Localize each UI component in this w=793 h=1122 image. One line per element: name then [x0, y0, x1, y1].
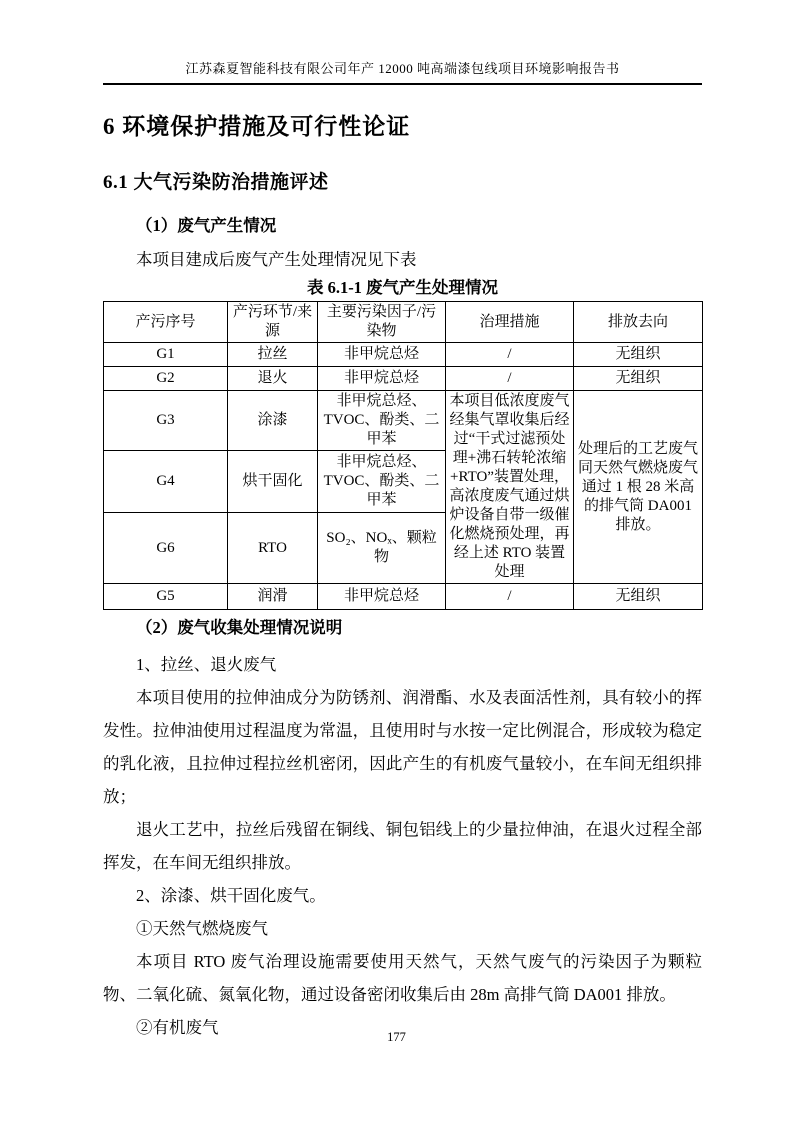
cell-id: G4 [104, 451, 228, 513]
document-page: 江苏森夏智能科技有限公司年产 12000 吨高端漆包线项目环境影响报告书 6 环… [0, 0, 793, 1122]
cell-treatment: / [446, 584, 574, 610]
cell-id: G5 [104, 584, 228, 610]
cell-pollutants: SO₂、NOₓ、颗粒物 [318, 513, 446, 584]
cell-pollutants: 非甲烷总烃 [318, 367, 446, 391]
cell-pollutants: 非甲烷总烃、TVOC、酚类、二甲苯 [318, 451, 446, 513]
section-heading: 6.1 大气污染防治措施评述 [103, 170, 702, 196]
paragraph-drawing-annealing-2: 退火工艺中，拉丝后残留在铜线、铜包铝线上的少量拉伸油，在退火过程全部挥发，在车间… [103, 813, 702, 879]
cell-source: 拉丝 [228, 343, 318, 367]
subsection-1-heading: （1）废气产生情况 [103, 214, 702, 238]
col-header-source: 产污环节/来源 [228, 302, 318, 343]
page-content: 江苏森夏智能科技有限公司年产 12000 吨高端漆包线项目环境影响报告书 6 环… [103, 0, 702, 1044]
paragraph-drawing-annealing-1: 本项目使用的拉伸油成分为防锈剂、润滑酯、水及表面活性剂，具有较小的挥发性。拉伸油… [103, 681, 702, 813]
col-header-id: 产污序号 [104, 302, 228, 343]
col-header-pollutants: 主要污染因子/污染物 [318, 302, 446, 343]
table-row-g2: G2 退火 非甲烷总烃 / 无组织 [104, 367, 703, 391]
table-caption: 表 6.1-1 废气产生处理情况 [103, 277, 702, 299]
table-row-g5: G5 润滑 非甲烷总烃 / 无组织 [104, 584, 703, 610]
waste-gas-table: 产污序号 产污环节/来源 主要污染因子/污染物 治理措施 排放去向 G1 拉丝 … [103, 301, 703, 610]
table-header-row: 产污序号 产污环节/来源 主要污染因子/污染物 治理措施 排放去向 [104, 302, 703, 343]
cell-pollutants: 非甲烷总烃 [318, 584, 446, 610]
cell-id: G3 [104, 391, 228, 451]
list-item-2: 2、涂漆、烘干固化废气。 [103, 879, 702, 912]
col-header-treatment: 治理措施 [446, 302, 574, 343]
cell-treatment-merged: 本项目低浓度废气经集气罩收集后经过“干式过滤预处理+沸石转轮浓缩+RTO”装置处… [446, 391, 574, 584]
col-header-outlet: 排放去向 [574, 302, 703, 343]
cell-source: 涂漆 [228, 391, 318, 451]
cell-pollutants: 非甲烷总烃、TVOC、酚类、二甲苯 [318, 391, 446, 451]
cell-source: RTO [228, 513, 318, 584]
cell-source: 烘干固化 [228, 451, 318, 513]
subsection-2-heading: （2）废气收集处理情况说明 [103, 615, 702, 641]
page-number: 177 [0, 1030, 793, 1045]
cell-outlet: 无组织 [574, 367, 703, 391]
paragraph-natural-gas: 本项目 RTO 废气治理设施需要使用天然气，天然气废气的污染因子为颗粒物、二氧化… [103, 945, 702, 1011]
body-text: 1、拉丝、退火废气 本项目使用的拉伸油成分为防锈剂、润滑酯、水及表面活性剂，具有… [103, 648, 702, 1044]
cell-id: G1 [104, 343, 228, 367]
intro-paragraph: 本项目建成后废气产生处理情况见下表 [103, 248, 702, 272]
table-row-g1: G1 拉丝 非甲烷总烃 / 无组织 [104, 343, 703, 367]
cell-treatment: / [446, 343, 574, 367]
cell-outlet: 无组织 [574, 584, 703, 610]
cell-outlet: 无组织 [574, 343, 703, 367]
cell-treatment: / [446, 367, 574, 391]
list-item-1: 1、拉丝、退火废气 [103, 648, 702, 681]
table-row-g3: G3 涂漆 非甲烷总烃、TVOC、酚类、二甲苯 本项目低浓度废气经集气罩收集后经… [104, 391, 703, 451]
chapter-heading: 6 环境保护措施及可行性论证 [103, 112, 702, 142]
cell-id: G2 [104, 367, 228, 391]
running-header: 江苏森夏智能科技有限公司年产 12000 吨高端漆包线项目环境影响报告书 [103, 58, 702, 85]
cell-pollutants: 非甲烷总烃 [318, 343, 446, 367]
cell-id: G6 [104, 513, 228, 584]
sub-item-natural-gas: ①天然气燃烧废气 [103, 912, 702, 945]
cell-source: 退火 [228, 367, 318, 391]
cell-outlet-merged: 处理后的工艺废气同天然气燃烧废气通过 1 根 28 米高的排气筒 DA001 排… [574, 391, 703, 584]
cell-source: 润滑 [228, 584, 318, 610]
